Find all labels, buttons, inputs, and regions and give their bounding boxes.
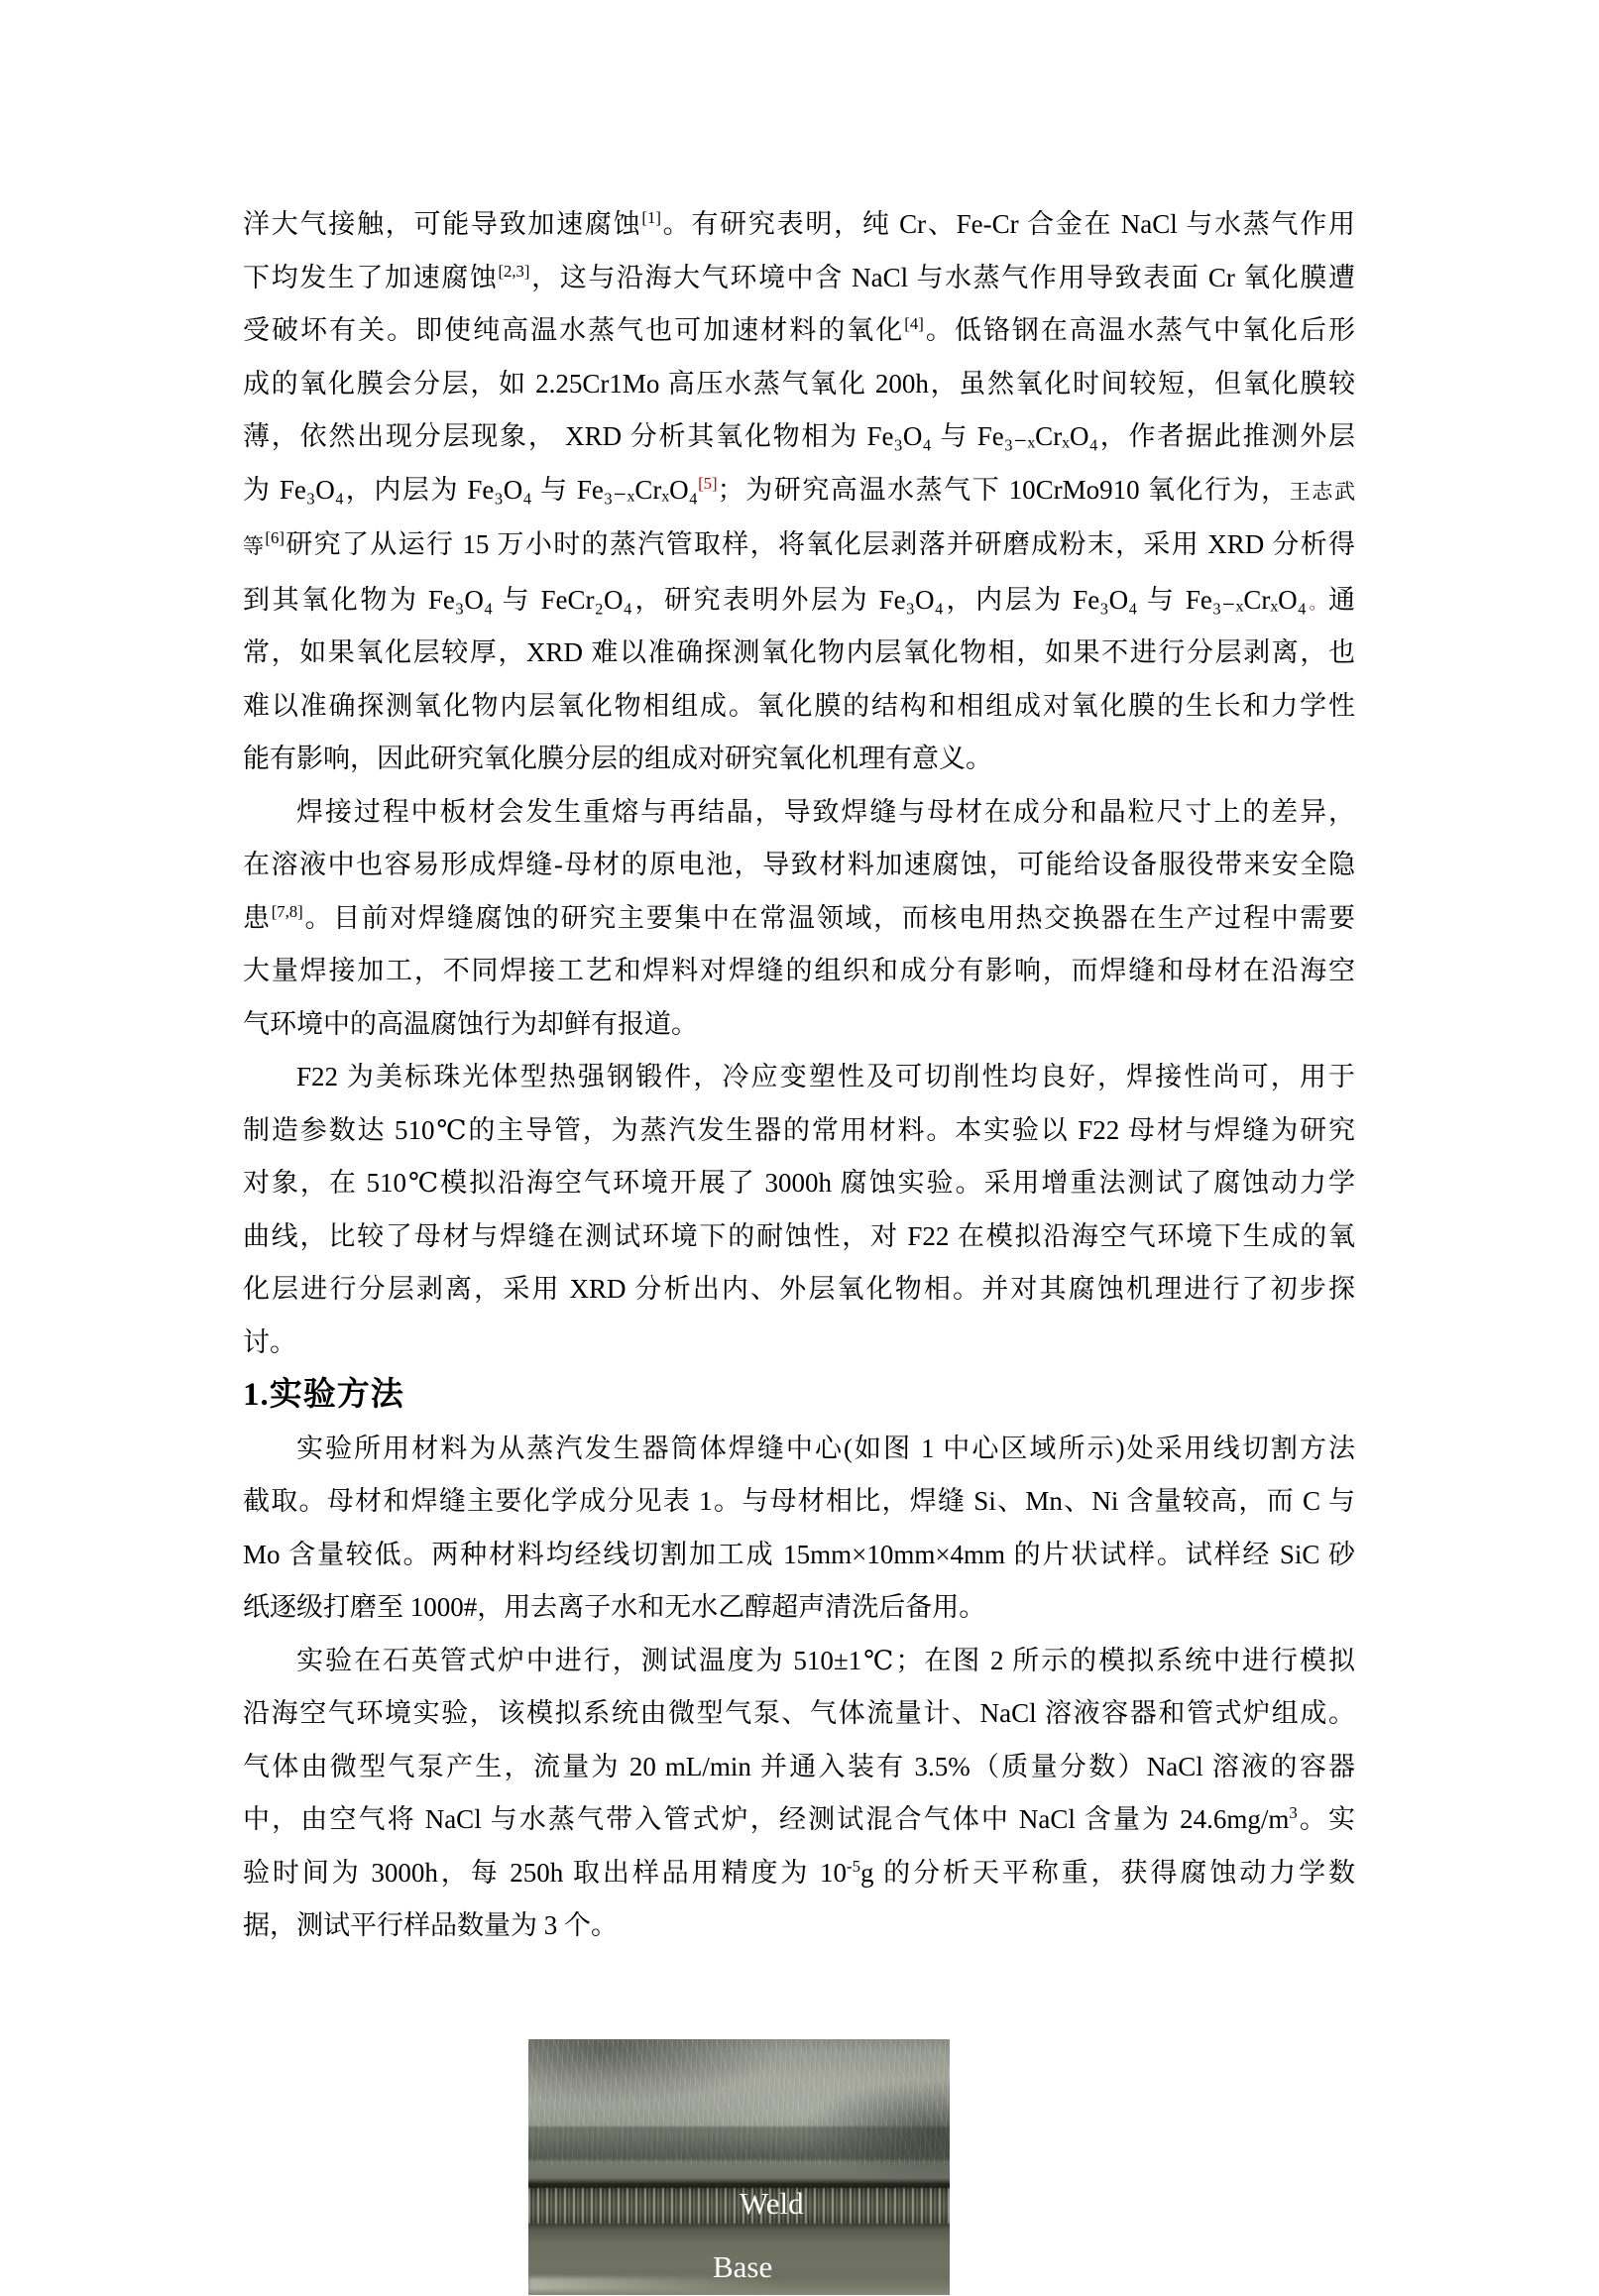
text-line: 中，由空气将 NaCl 与水蒸气带入管式炉，经测试混合气体中 NaCl 含量为 … xyxy=(243,1793,1355,1847)
text-line: 沿海空气环境实验，该模拟系统由微型气泵、气体流量计、NaCl 溶液容器和管式炉组… xyxy=(243,1687,1355,1741)
text-run: 。 xyxy=(1307,594,1328,613)
reference-superscript: [4] xyxy=(904,314,924,333)
base-label: Base xyxy=(713,2251,772,2282)
section-heading: 1.实验方法 xyxy=(243,1369,1355,1423)
text-line: 纸逐级打磨至 1000#，用去离子水和无水乙醇超声清洗后备用。 xyxy=(243,1581,1355,1635)
reference-superscript: -5 xyxy=(847,1857,860,1876)
text-run: 讨。 xyxy=(243,1327,296,1357)
text-run: 曲线，比较了母材与焊缝在测试环境下的耐蚀性，对 F22 在模拟沿海空气环境下生成… xyxy=(243,1221,1355,1251)
text-line: 洋大气接触，可能导致加速腐蚀[1]。有研究表明，纯 Cr、Fe-Cr 合金在 N… xyxy=(243,198,1355,252)
text-run: 化层进行分层剥离，采用 XRD 分析出内、外层氧化物相。并对其腐蚀机理进行了初步… xyxy=(243,1274,1355,1304)
text-run: 难以准确探测氧化物内层氧化物相组成。氧化膜的结构和相组成对氧化膜的生长和力学性 xyxy=(243,691,1355,721)
text-run: 等 xyxy=(243,534,265,558)
text-run: 实验在石英管式炉中进行，测试温度为 510±1℃；在图 2 所示的模拟系统中进行… xyxy=(296,1646,1355,1675)
text-run: 气体由微型气泵产生，流量为 20 mL/min 并通入装有 3.5%（质量分数）… xyxy=(243,1752,1355,1781)
text-run: 通 xyxy=(1328,585,1355,615)
text-line: 患[7,8]。目前对焊缝腐蚀的研究主要集中在常温领域，而核电用热交换器在生产过程… xyxy=(243,892,1355,946)
text-line: 曲线，比较了母材与焊缝在测试环境下的耐蚀性，对 F22 在模拟沿海空气环境下生成… xyxy=(243,1210,1355,1264)
text-line: F22 为美标珠光体型热强钢锻件，冷应变塑性及可切削性均良好，焊接性尚可，用于 xyxy=(243,1051,1355,1104)
text-run: 纸逐级打磨至 1000#，用去离子水和无水乙醇超声清洗后备用。 xyxy=(243,1592,985,1622)
text-line: 常，如果氧化层较厚，XRD 难以准确探测氧化物内层氧化物相，如果不进行分层剥离，… xyxy=(243,627,1355,680)
paragraph: 实验所用材料为从蒸汽发生器筒体焊缝中心(如图 1 中心区域所示)处采用线切割方法… xyxy=(243,1423,1355,1635)
text-run: g 的分析天平称重，获得腐蚀动力学数 xyxy=(860,1858,1355,1888)
text-line: 实验所用材料为从蒸汽发生器筒体焊缝中心(如图 1 中心区域所示)处采用线切割方法 xyxy=(243,1423,1355,1476)
text-run: 受破坏有关。即使纯高温水蒸气也可加速材料的氧化 xyxy=(243,315,904,345)
reference-superscript: 3 xyxy=(1289,1803,1297,1822)
text-run: 到其氧化物为 Fe₃O₄ 与 FeCr₂O₄，研究表明外层为 Fe₃O₄，内层为… xyxy=(243,585,1307,615)
text-line: 难以准确探测氧化物内层氧化物相组成。氧化膜的结构和相组成对氧化膜的生长和力学性 xyxy=(243,680,1355,734)
text-line: 据，测试平行样品数量为 3 个。 xyxy=(243,1899,1355,1953)
text-run: 。实 xyxy=(1298,1804,1355,1834)
text-run: 在溶液中也容易形成焊缝-母材的原电池，导致材料加速腐蚀，可能给设备服役带来安全隐 xyxy=(243,850,1355,879)
text-line: 受破坏有关。即使纯高温水蒸气也可加速材料的氧化[4]。低铬钢在高温水蒸气中氧化后… xyxy=(243,304,1355,358)
text-run: 对象，在 510℃模拟沿海空气环境开展了 3000h 腐蚀实验。采用增重法测试了… xyxy=(243,1168,1355,1198)
text-run: 为 Fe₃O₄，内层为 Fe₃O₄ 与 Fe₃₋ₓCrₓO₄ xyxy=(243,475,698,505)
text-line: 气环境中的高温腐蚀行为却鲜有报道。 xyxy=(243,998,1355,1052)
text-run: ，这与沿海大气环境中含 NaCl 与水蒸气作用导致表面 Cr 氧化膜遭 xyxy=(530,263,1356,292)
text-line: 为 Fe₃O₄，内层为 Fe₃O₄ 与 Fe₃₋ₓCrₓO₄[5]；为研究高温水… xyxy=(243,464,1355,519)
figure-1: Weld Base xyxy=(528,2039,950,2295)
text-line: 制造参数达 510℃的主导管，为蒸汽发生器的常用材料。本实验以 F22 母材与焊… xyxy=(243,1104,1355,1158)
text-run: 下均发生了加速腐蚀 xyxy=(243,263,498,292)
document-body: 洋大气接触，可能导致加速腐蚀[1]。有研究表明，纯 Cr、Fe-Cr 合金在 N… xyxy=(243,198,1355,1953)
text-line: 薄，依然出现分层现象， XRD 分析其氧化物相为 Fe₃O₄ 与 Fe₃₋ₓCr… xyxy=(243,410,1355,464)
specimen-photo: Weld Base xyxy=(528,2039,950,2295)
text-run: 薄，依然出现分层现象， XRD 分析其氧化物相为 Fe₃O₄ 与 Fe₃₋ₓCr… xyxy=(243,421,1355,451)
text-line: 焊接过程中板材会发生重熔与再结晶，导致焊缝与母材在成分和晶粒尺寸上的差异， xyxy=(243,786,1355,840)
text-run: 截取。母材和焊缝主要化学成分见表 1。与母材相比，焊缝 Si、Mn、Ni 含量较… xyxy=(243,1486,1355,1516)
photo-fuzz-edge xyxy=(528,2126,950,2160)
text-run: 焊接过程中板材会发生重熔与再结晶，导致焊缝与母材在成分和晶粒尺寸上的差异， xyxy=(296,797,1355,827)
text-run: 实验所用材料为从蒸汽发生器筒体焊缝中心(如图 1 中心区域所示)处采用线切割方法 xyxy=(296,1434,1355,1463)
text-run: 。有研究表明，纯 Cr、Fe-Cr 合金在 NaCl 与水蒸气作用 xyxy=(661,209,1355,239)
text-line: 下均发生了加速腐蚀[2,3]，这与沿海大气环境中含 NaCl 与水蒸气作用导致表… xyxy=(243,252,1355,305)
text-line: 验时间为 3000h，每 250h 取出样品用精度为 10-5g 的分析天平称重… xyxy=(243,1847,1355,1900)
text-line: 到其氧化物为 Fe₃O₄ 与 FeCr₂O₄，研究表明外层为 Fe₃O₄，内层为… xyxy=(243,574,1355,628)
text-run: 王志武 xyxy=(1290,480,1355,504)
reference-superscript: [2,3] xyxy=(498,262,529,281)
text-run: 。低铬钢在高温水蒸气中氧化后形 xyxy=(924,315,1355,345)
reference-superscript: [7,8] xyxy=(272,902,303,921)
paragraph: F22 为美标珠光体型热强钢锻件，冷应变塑性及可切削性均良好，焊接性尚可，用于制… xyxy=(243,1051,1355,1369)
text-run: 据，测试平行样品数量为 3 个。 xyxy=(243,1910,618,1940)
document-page: 洋大气接触，可能导致加速腐蚀[1]。有研究表明，纯 Cr、Fe-Cr 合金在 N… xyxy=(0,0,1599,2296)
reference-superscript: [6] xyxy=(265,528,285,547)
text-line: 大量焊接加工，不同焊接工艺和焊料对焊缝的组织和成分有影响，而焊缝和母材在沿海空 xyxy=(243,945,1355,998)
text-run: 大量焊接加工，不同焊接工艺和焊料对焊缝的组织和成分有影响，而焊缝和母材在沿海空 xyxy=(243,956,1355,985)
text-run: Mo 含量较低。两种材料均经线切割加工成 15mm×10mm×4mm 的片状试样… xyxy=(243,1540,1355,1569)
text-line: 在溶液中也容易形成焊缝-母材的原电池，导致材料加速腐蚀，可能给设备服役带来安全隐 xyxy=(243,839,1355,892)
text-run: 常，如果氧化层较厚，XRD 难以准确探测氧化物内层氧化物相，如果不进行分层剥离，… xyxy=(243,637,1355,667)
text-run: F22 为美标珠光体型热强钢锻件，冷应变塑性及可切削性均良好，焊接性尚可，用于 xyxy=(296,1062,1355,1091)
text-run: 洋大气接触，可能导致加速腐蚀 xyxy=(243,209,641,239)
paragraph: 焊接过程中板材会发生重熔与再结晶，导致焊缝与母材在成分和晶粒尺寸上的差异，在溶液… xyxy=(243,786,1355,1052)
text-line: 气体由微型气泵产生，流量为 20 mL/min 并通入装有 3.5%（质量分数）… xyxy=(243,1741,1355,1794)
text-run: 患 xyxy=(243,903,272,933)
text-run: ；为研究高温水蒸气下 10CrMo910 氧化行为， xyxy=(718,475,1290,505)
text-run: 气环境中的高温腐蚀行为却鲜有报道。 xyxy=(243,1009,698,1039)
text-line: 讨。 xyxy=(243,1317,1355,1370)
text-run: 研究了从运行 15 万小时的蒸汽管取样，将氧化层剥落并研磨成粉末，采用 XRD … xyxy=(285,529,1355,559)
text-line: Mo 含量较低。两种材料均经线切割加工成 15mm×10mm×4mm 的片状试样… xyxy=(243,1529,1355,1582)
text-run: 制造参数达 510℃的主导管，为蒸汽发生器的常用材料。本实验以 F22 母材与焊… xyxy=(243,1115,1355,1145)
text-run: 成的氧化膜会分层，如 2.25Cr1Mo 高压水蒸气氧化 200h，虽然氧化时间… xyxy=(243,369,1355,399)
text-line: 截取。母材和焊缝主要化学成分见表 1。与母材相比，焊缝 Si、Mn、Ni 含量较… xyxy=(243,1475,1355,1529)
reference-superscript: [1] xyxy=(641,208,661,227)
text-run: 验时间为 3000h，每 250h 取出样品用精度为 10 xyxy=(243,1858,847,1888)
text-line: 实验在石英管式炉中进行，测试温度为 510±1℃；在图 2 所示的模拟系统中进行… xyxy=(243,1635,1355,1688)
text-line: 等[6]研究了从运行 15 万小时的蒸汽管取样，将氧化层剥落并研磨成粉末，采用 … xyxy=(243,518,1355,574)
text-line: 对象，在 510℃模拟沿海空气环境开展了 3000h 腐蚀实验。采用增重法测试了… xyxy=(243,1157,1355,1210)
paragraph: 洋大气接触，可能导致加速腐蚀[1]。有研究表明，纯 Cr、Fe-Cr 合金在 N… xyxy=(243,198,1355,786)
paragraph: 实验在石英管式炉中进行，测试温度为 510±1℃；在图 2 所示的模拟系统中进行… xyxy=(243,1635,1355,1953)
text-run: 。目前对焊缝腐蚀的研究主要集中在常温领域，而核电用热交换器在生产过程中需要 xyxy=(303,903,1355,933)
text-run: 中，由空气将 NaCl 与水蒸气带入管式炉，经测试混合气体中 NaCl 含量为 … xyxy=(243,1804,1289,1834)
text-line: 成的氧化膜会分层，如 2.25Cr1Mo 高压水蒸气氧化 200h，虽然氧化时间… xyxy=(243,358,1355,411)
text-line: 能有影响，因此研究氧化膜分层的组成对研究氧化机理有意义。 xyxy=(243,733,1355,786)
text-run: 能有影响，因此研究氧化膜分层的组成对研究氧化机理有意义。 xyxy=(243,744,992,773)
reference-superscript: [5] xyxy=(698,474,718,493)
text-line: 化层进行分层剥离，采用 XRD 分析出内、外层氧化物相。并对其腐蚀机理进行了初步… xyxy=(243,1263,1355,1317)
weld-label: Weld xyxy=(740,2188,804,2219)
text-run: 沿海空气环境实验，该模拟系统由微型气泵、气体流量计、NaCl 溶液容器和管式炉组… xyxy=(243,1698,1355,1728)
